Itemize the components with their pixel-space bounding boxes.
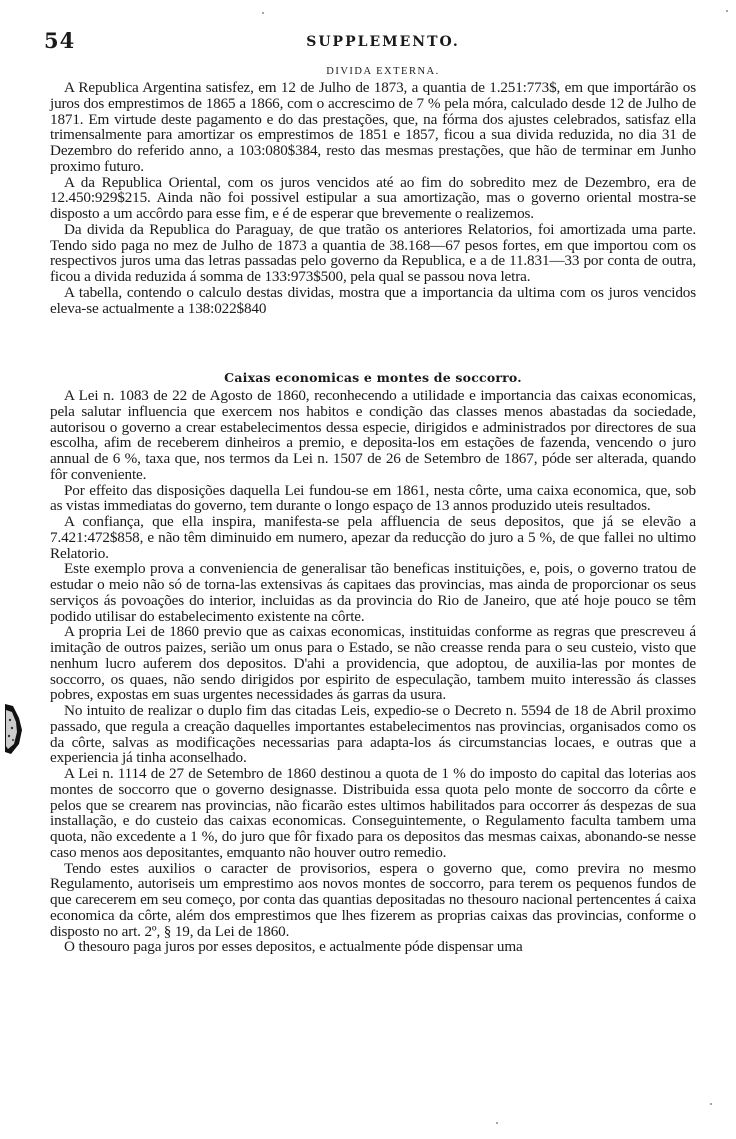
running-head: SUPPLEMENTO. [0,34,736,50]
paragraph: No intuito de realizar o duplo fim das c… [50,703,696,766]
paragraph: A Lei n. 1083 de 22 de Agosto de 1860, r… [50,388,696,483]
paragraph: Por effeito das disposições daquella Lei… [50,483,696,515]
paragraph: Tendo estes auxilios o caracter de provi… [50,861,696,940]
paragraph: Este exemplo prova a conveniencia de gen… [50,561,696,624]
paragraph: O thesouro paga juros por esses deposito… [50,939,696,955]
paragraph: A Republica Argentina satisfez, em 12 de… [50,80,696,175]
paragraph: A tabella, contendo o calculo destas div… [50,285,696,317]
paper-speck [262,12,264,14]
paper-speck [710,1103,712,1105]
paragraph: A confiança, que ella inspira, manifesta… [50,514,696,561]
paragraph: A Lei n. 1114 de 27 de Setembro de 1860 … [50,766,696,861]
paragraph: A propria Lei de 1860 previo que as caix… [50,624,696,703]
section-heading-caixas: Caixas economicas e montes de soccorro. [50,370,696,386]
paragraph: A da Republica Oriental, com os juros ve… [50,175,696,222]
binding-stamp-icon [3,700,23,756]
section-divida-externa: A Republica Argentina satisfez, em 12 de… [50,80,696,316]
paper-speck [496,1122,498,1124]
section-caixas-economicas: Caixas economicas e montes de soccorro. … [50,370,696,955]
paragraph: Da divida da Republica do Paraguay, de q… [50,222,696,285]
document-page: 54 SUPPLEMENTO. DIVIDA EXTERNA. A Republ… [0,0,736,1139]
paper-speck [726,10,728,12]
section-heading-divida-externa: DIVIDA EXTERNA. [0,66,736,77]
